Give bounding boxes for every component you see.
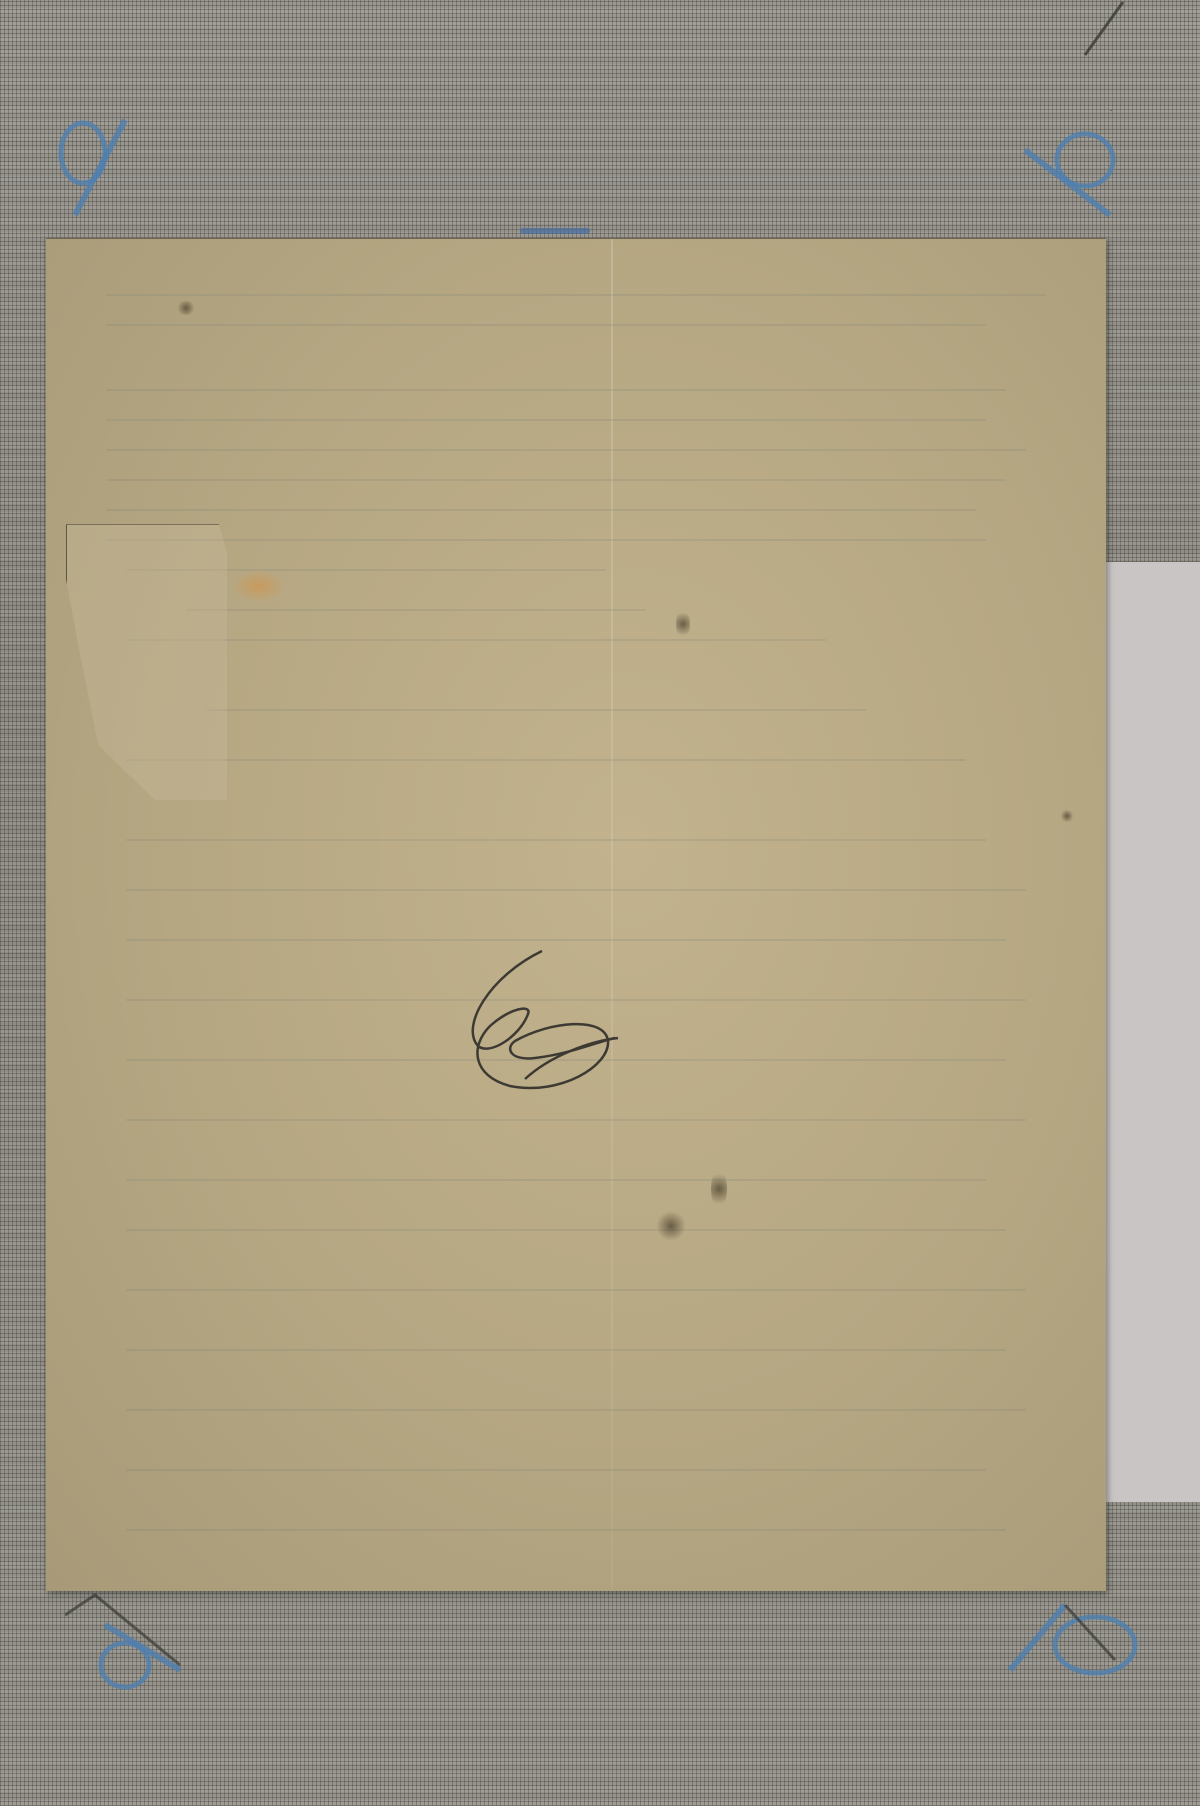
ink-spot: [176, 301, 196, 315]
bleed-through-handwriting: [46, 239, 1106, 1591]
document-sheet: [46, 238, 1106, 1591]
orange-stain: [231, 569, 286, 603]
pencil-numeral-mark: 6: [450, 946, 630, 1106]
ink-spot: [1061, 809, 1073, 823]
blue-crayon-tick: [520, 228, 590, 234]
corner-mark-top-right: [1015, 110, 1125, 220]
corner-mark-bottom-left: [65, 1585, 195, 1695]
ink-spot: [656, 1211, 686, 1241]
mark-text: 6: [450, 946, 458, 950]
corner-mark-bottom-right: [1005, 1590, 1145, 1690]
grey-card-insert: [1105, 562, 1200, 1502]
corner-mark-top-right-pencil: [1075, 0, 1125, 60]
corner-mark-top-left: 9: [45, 105, 135, 225]
ink-spot: [676, 609, 690, 639]
svg-text:9: 9: [45, 105, 53, 109]
ink-spot: [711, 1169, 727, 1209]
